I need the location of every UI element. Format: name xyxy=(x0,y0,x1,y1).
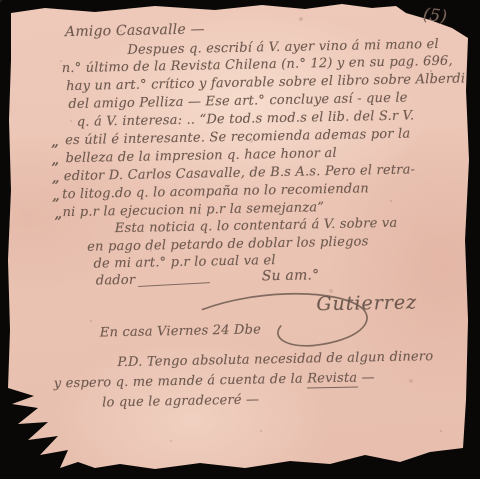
postscript-line: lo que le agradeceré — xyxy=(102,392,259,410)
postscript-text: y espero q. me mande á cuenta de la xyxy=(54,372,308,392)
salutation: Amigo Casavalle — xyxy=(65,21,205,40)
body-line: dador xyxy=(96,273,136,289)
page-number: (5) xyxy=(422,5,448,28)
dateline: En casa Viernes 24 Dbe xyxy=(100,322,261,340)
postscript-line: y espero q. me mande á cuenta de la Revi… xyxy=(54,370,375,391)
postscript-text: — xyxy=(357,370,375,385)
closing: Su am.° xyxy=(262,267,320,284)
handwriting-layer: (5) Amigo Casavalle — Despues q. escribí… xyxy=(0,0,480,479)
margin-quote-mark: „ xyxy=(52,171,60,186)
margin-quote-mark: „ xyxy=(51,135,59,150)
body-line: de mi art.° p.r lo cual va el xyxy=(93,253,275,271)
body-line: en pago del petardo de doblar los pliego… xyxy=(87,234,369,254)
signature-flourish xyxy=(174,282,400,361)
underlined-word: Revista xyxy=(307,371,357,389)
body-line-quoted: es útil é interesante. Se recomienda ade… xyxy=(65,126,410,148)
margin-quote-mark: „ xyxy=(51,153,59,168)
body-line-quoted: to litog.do q. lo acompaña no lo recomie… xyxy=(62,181,369,202)
postscript-line: P.D. Tengo absoluta necesidad de algun d… xyxy=(117,349,433,370)
margin-quote-mark: „ xyxy=(52,189,60,204)
body-line: Esta noticia q. lo contentará á V. sobre… xyxy=(115,216,398,236)
scanned-letter: (5) Amigo Casavalle — Despues q. escribí… xyxy=(0,0,480,479)
body-line-quoted: belleza de la impresion q. hace honor al xyxy=(65,146,337,166)
margin-quote-mark: „ xyxy=(54,207,62,222)
